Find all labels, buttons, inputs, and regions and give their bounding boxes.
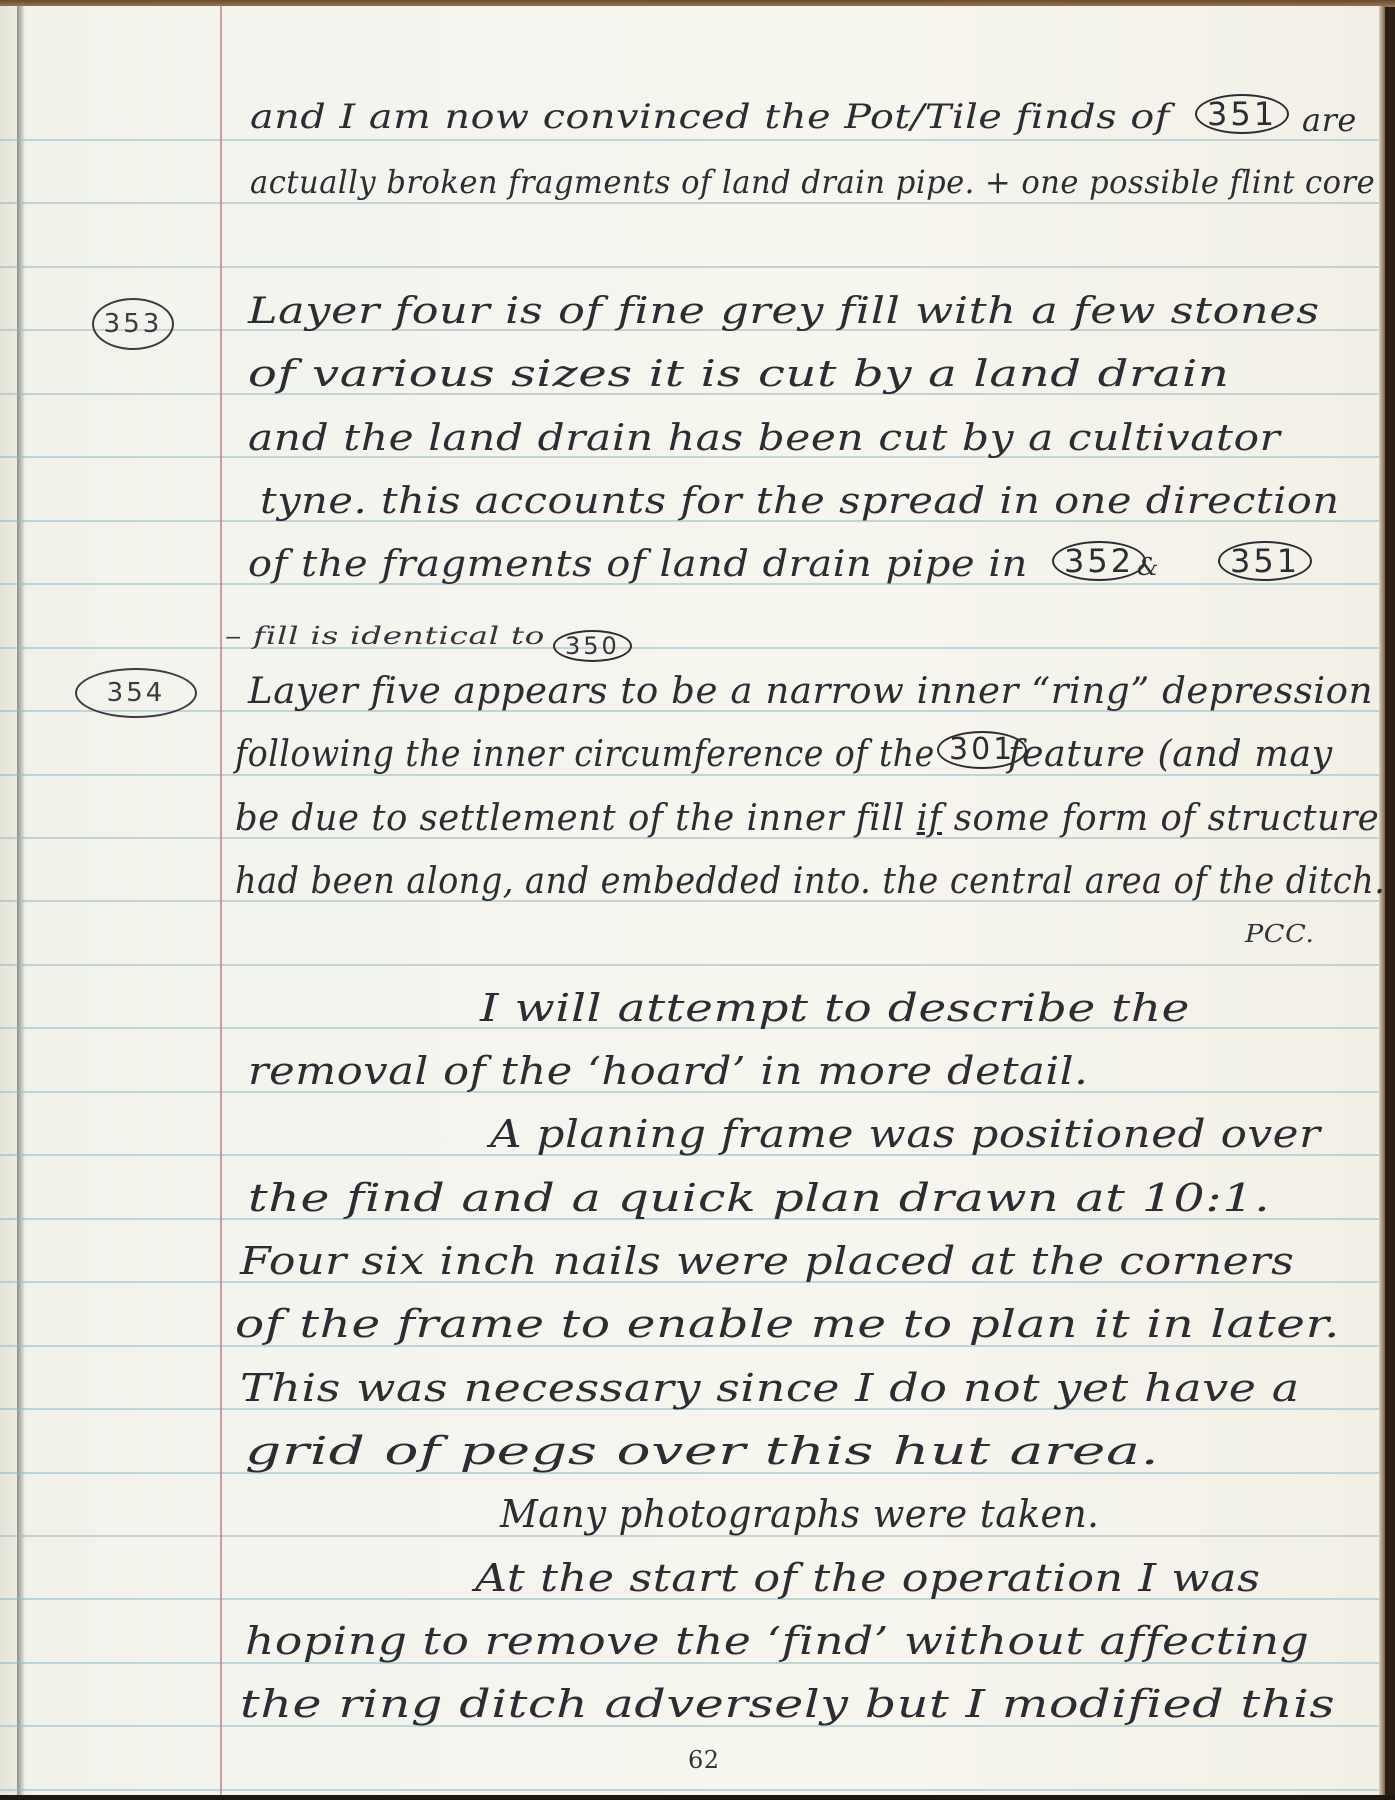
handwritten-line: tyne. this accounts for the spread in on… <box>260 484 1340 520</box>
line-text: Layer five appears to be a narrow inner … <box>248 671 1373 712</box>
handwritten-line: At the start of the operation I was <box>475 1559 1260 1597</box>
line-text: Many photographs were taken. <box>500 1492 1099 1536</box>
handwritten-line: grid of pegs over this hut area. <box>245 1432 1159 1470</box>
handwritten-line: of various sizes it is cut by a land dra… <box>248 357 1230 393</box>
line-text: I will attempt to describe the <box>480 986 1190 1030</box>
context-number-badge: 352 <box>1052 541 1146 581</box>
page-number: 62 <box>688 1748 720 1772</box>
line-text: had been along, and embedded into. the c… <box>235 861 1385 902</box>
circled-context-351: 351 <box>1218 541 1312 581</box>
handwritten-line: A planing frame was positioned over <box>490 1115 1321 1153</box>
handwritten-line: be due to settlement of the inner fill i… <box>235 801 1379 837</box>
context-number-badge: 351 <box>1195 94 1289 134</box>
handwritten-line: the find and a quick plan drawn at 10:1. <box>248 1179 1270 1217</box>
ruled-line <box>0 964 1385 966</box>
line-text: are <box>1302 101 1357 139</box>
line-text: and the land drain has been cut by a cul… <box>248 418 1280 459</box>
line-text: This was necessary since I do not yet ha… <box>240 1366 1300 1410</box>
line-text: of the fragments of land drain pipe in <box>248 544 1028 585</box>
ruled-line <box>0 202 1385 204</box>
margin-context-number-354: 354 <box>75 668 197 718</box>
line-text: of the frame to enable me to plan it in … <box>235 1302 1340 1346</box>
line-text: of various sizes it is cut by a land dra… <box>248 354 1230 395</box>
handwritten-line: had been along, and embedded into. the c… <box>235 864 1385 900</box>
annotation-line: – fill is identical to <box>225 624 545 648</box>
handwritten-line: of the fragments of land drain pipe in <box>248 547 1028 583</box>
line-text: removal of the ‘hoard’ in more detail. <box>248 1049 1088 1093</box>
handwritten-line: feature (and may <box>1008 737 1333 773</box>
line-text: A planing frame was positioned over <box>490 1112 1321 1156</box>
line-text: actually broken fragments of land drain … <box>250 163 1375 201</box>
handwritten-line: and I am now convinced the Pot/Tile find… <box>250 100 1170 134</box>
circled-context-352: 352 <box>1052 541 1146 581</box>
context-number-badge: 351 <box>1218 541 1312 581</box>
handwritten-line: Four six inch nails were placed at the c… <box>240 1242 1294 1280</box>
ruled-line <box>0 1789 1385 1791</box>
line-text: PCC. <box>1245 920 1315 948</box>
line-text: – fill is identical to <box>225 622 545 650</box>
line-text: At the start of the operation I was <box>475 1556 1260 1600</box>
handwritten-line: the ring ditch adversely but I modified … <box>240 1685 1335 1723</box>
line-text: the ring ditch adversely but I modified … <box>240 1682 1335 1726</box>
line-text: tyne. this accounts for the spread in on… <box>260 481 1340 522</box>
notebook-bottom-edge <box>0 1795 1395 1800</box>
handwritten-line: following the inner circumference of the <box>235 737 935 773</box>
line-text: some form of structure <box>954 798 1379 839</box>
handwritten-line: actually broken fragments of land drain … <box>250 166 1375 198</box>
handwritten-line: Layer four is of fine grey fill with a f… <box>248 294 1320 330</box>
line-text: grid of pegs over this hut area. <box>245 1429 1159 1473</box>
line-text: feature (and may <box>1008 734 1333 775</box>
circled-context-350: 350 <box>553 630 632 662</box>
handwritten-line: hoping to remove the ‘find’ without affe… <box>245 1622 1309 1660</box>
line-text: the find and a quick plan drawn at 10:1. <box>248 1176 1270 1220</box>
context-number-badge: 350 <box>553 630 632 662</box>
handwritten-line: I will attempt to describe the <box>480 989 1190 1027</box>
handwritten-line: and the land drain has been cut by a cul… <box>248 421 1280 457</box>
line-text: & <box>1137 553 1159 581</box>
line-text: and I am now convinced the Pot/Tile find… <box>250 97 1170 137</box>
author-initials: PCC. <box>1245 922 1315 946</box>
line-text: Layer four is of fine grey fill with a f… <box>248 291 1320 332</box>
ruled-line <box>0 139 1385 141</box>
handwritten-line: Layer five appears to be a narrow inner … <box>248 674 1373 710</box>
handwritten-line: removal of the ‘hoard’ in more detail. <box>248 1052 1088 1090</box>
margin-line <box>220 6 222 1795</box>
handwritten-line: of the frame to enable me to plan it in … <box>235 1305 1340 1343</box>
ruled-line <box>0 266 1385 268</box>
page-number-text: 62 <box>688 1746 720 1774</box>
handwritten-word: are <box>1302 104 1357 136</box>
margin-context-number-353: 353 <box>92 298 174 350</box>
circled-context-351: 351 <box>1195 94 1289 134</box>
line-text: hoping to remove the ‘find’ without affe… <box>245 1619 1309 1663</box>
line-text: following the inner circumference of the <box>235 734 935 775</box>
handwritten-line: Many photographs were taken. <box>500 1495 1099 1533</box>
underlined-word: if <box>917 798 942 839</box>
line-text: be due to settlement of the inner fill <box>235 798 905 839</box>
handwritten-word: & <box>1137 555 1159 579</box>
line-text: Four six inch nails were placed at the c… <box>240 1239 1294 1283</box>
ruled-line <box>0 647 1385 649</box>
handwritten-line: This was necessary since I do not yet ha… <box>240 1369 1300 1407</box>
